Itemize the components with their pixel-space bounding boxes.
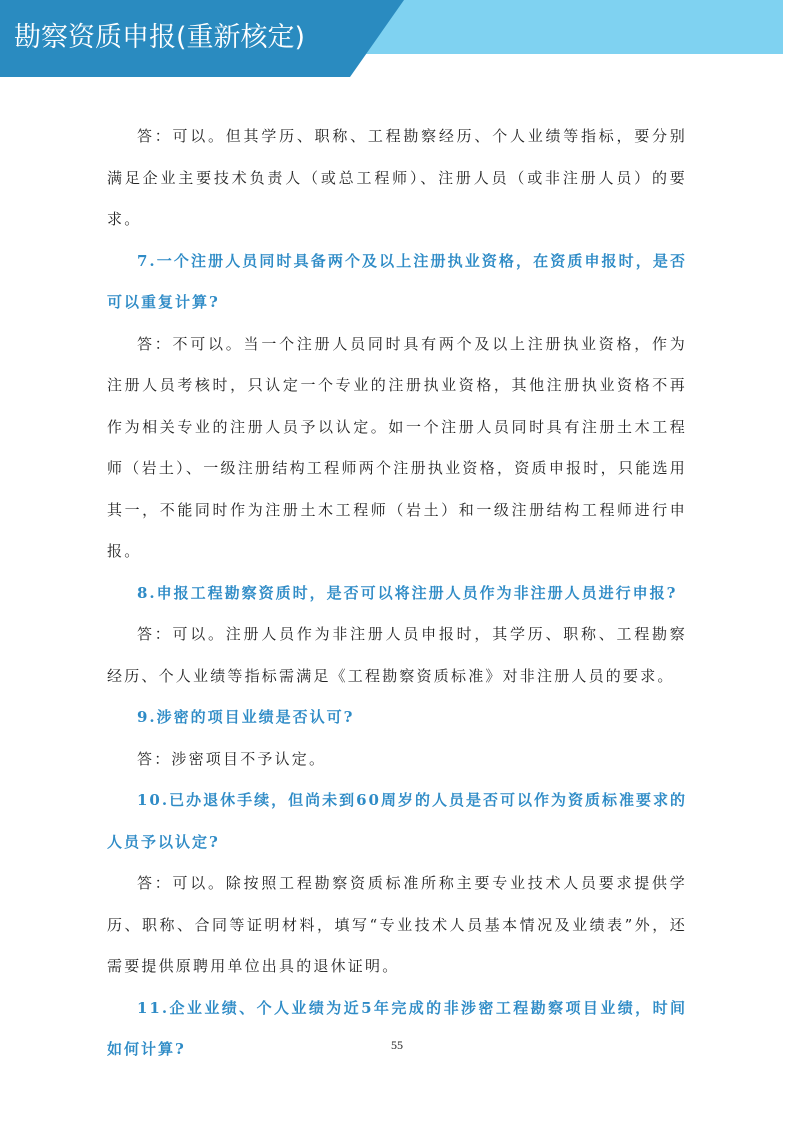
question-8: 8.申报工程勘察资质时，是否可以将注册人员作为非注册人员进行申报?: [107, 573, 687, 615]
question-9: 9.涉密的项目业绩是否认可?: [107, 697, 687, 739]
document-body: 答：可以。但其学历、职称、工程勘察经历、个人业绩等指标，要分别满足企业主要技术负…: [107, 116, 687, 1071]
question-10: 10.已办退休手续，但尚未到60周岁的人员是否可以作为资质标准要求的人员予以认定…: [107, 780, 687, 863]
answer-7: 答：不可以。当一个注册人员同时具有两个及以上注册执业资格，作为注册人员考核时，只…: [107, 324, 687, 573]
question-11: 11.企业业绩、个人业绩为近5年完成的非涉密工程勘察项目业绩，时间如何计算?: [107, 988, 687, 1071]
page-number: 55: [0, 1038, 794, 1053]
answer-10: 答：可以。除按照工程勘察资质标准所称主要专业技术人员要求提供学历、职称、合同等证…: [107, 863, 687, 988]
question-7: 7.一个注册人员同时具备两个及以上注册执业资格，在资质申报时，是否可以重复计算?: [107, 241, 687, 324]
answer-8: 答：可以。注册人员作为非注册人员申报时，其学历、职称、工程勘察经历、个人业绩等指…: [107, 614, 687, 697]
section-title: 勘察资质申报(重新核定): [14, 18, 305, 58]
header-light-band: [340, 0, 783, 54]
answer-paragraph: 答：可以。但其学历、职称、工程勘察经历、个人业绩等指标，要分别满足企业主要技术负…: [107, 116, 687, 241]
answer-9: 答：涉密项目不予认定。: [107, 739, 687, 781]
page-header: 勘察资质申报(重新核定): [0, 0, 794, 78]
